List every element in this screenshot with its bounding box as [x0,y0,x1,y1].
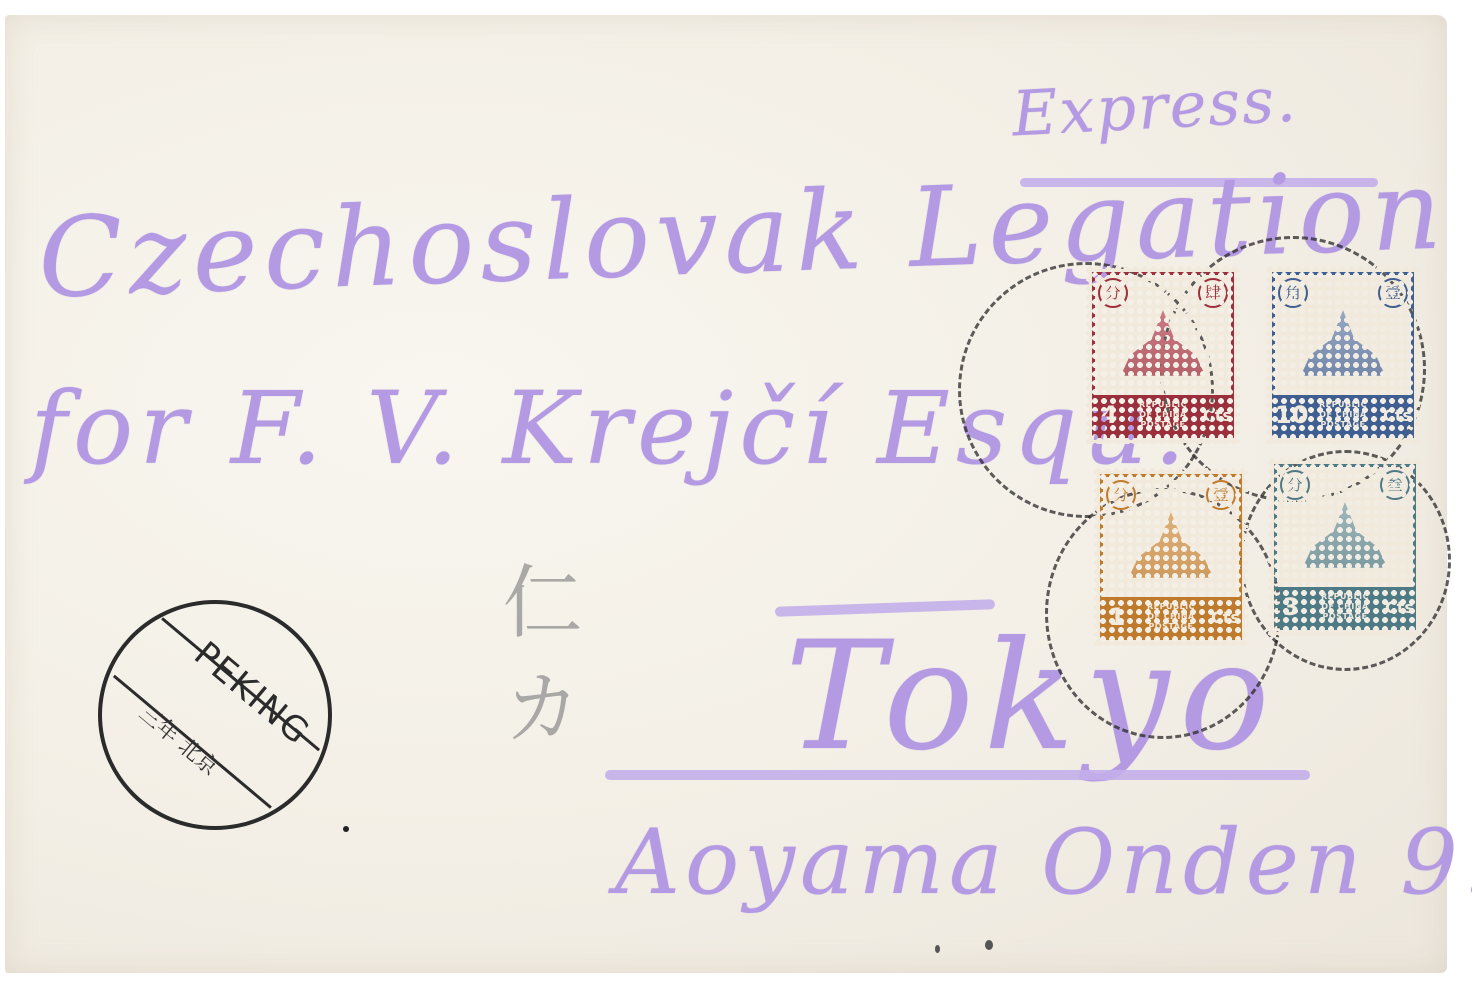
ink-speck [343,826,349,832]
pencil-note: 仁 カ [478,560,593,745]
stamp-block: 分 肆 4 REPUBLICOF CHINAPOSTAGE Cts 角 壹 10… [1086,266,1426,652]
stamp-10-cents: 角 壹 10 REPUBLICOF CHINAPOSTAGE Cts [1266,266,1420,444]
ink-speck [985,940,993,950]
city-underline [605,770,1310,780]
stamp-3-cents: 分 叁 3 REPUBLICOF CHINAPOSTAGE Cts [1268,458,1422,636]
stamp-1-cent: 分 壹 1 REPUBLICOF CHINAPOSTAGE Cts [1094,468,1248,646]
express-label: Express. [1010,63,1299,151]
peking-postmark: PEKING 三年 北京 [98,600,332,830]
ink-speck [935,945,940,953]
stamp-4-cents: 分 肆 4 REPUBLICOF CHINAPOSTAGE Cts [1086,266,1240,444]
street-label: Aoyama Onden 9. [615,810,1472,915]
